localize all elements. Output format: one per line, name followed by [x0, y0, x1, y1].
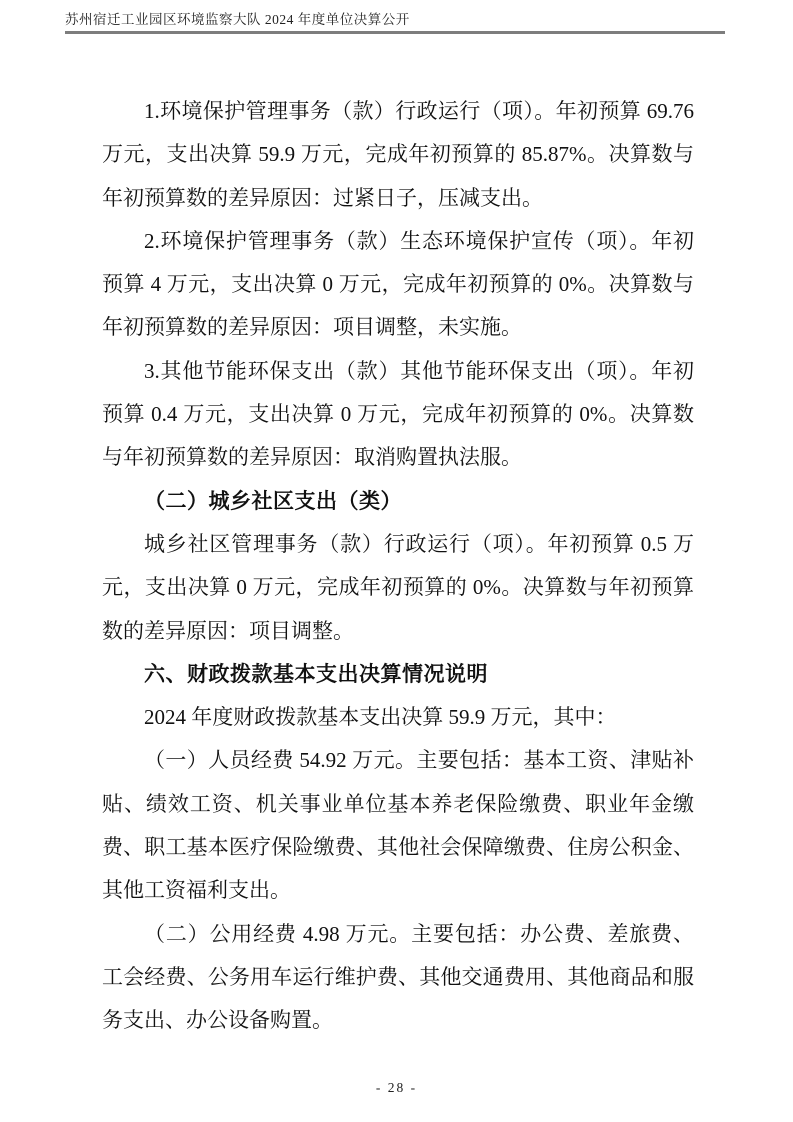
body-paragraph: 1.环境保护管理事务（款）行政运行（项）。年初预算 69.76 万元，支出决算 …	[102, 90, 694, 220]
document-body: 1.环境保护管理事务（款）行政运行（项）。年初预算 69.76 万元，支出决算 …	[102, 90, 694, 1043]
body-paragraph: （一）人员经费 54.92 万元。主要包括：基本工资、津贴补贴、绩效工资、机关事…	[102, 739, 694, 912]
body-paragraph: （二）公用经费 4.98 万元。主要包括：办公费、差旅费、工会经费、公务用车运行…	[102, 913, 694, 1043]
section-heading: 六、财政拨款基本支出决算情况说明	[102, 653, 694, 696]
body-paragraph: 城乡社区管理事务（款）行政运行（项）。年初预算 0.5 万元，支出决算 0 万元…	[102, 523, 694, 653]
page-header-title: 苏州宿迁工业园区环境监察大队 2024 年度单位决算公开	[65, 11, 725, 29]
document-page: { "page": { "header": { "title": "苏州宿迁工业…	[0, 0, 793, 1122]
body-paragraph: 2024 年度财政拨款基本支出决算 59.9 万元，其中：	[102, 696, 694, 739]
body-paragraph: 3.其他节能环保支出（款）其他节能环保支出（项）。年初预算 0.4 万元，支出决…	[102, 350, 694, 480]
page-number: - 28 -	[0, 1080, 793, 1096]
header-rule	[65, 31, 725, 34]
section-heading: （二）城乡社区支出（类）	[102, 480, 694, 523]
body-paragraph: 2.环境保护管理事务（款）生态环境保护宣传（项）。年初预算 4 万元，支出决算 …	[102, 220, 694, 350]
